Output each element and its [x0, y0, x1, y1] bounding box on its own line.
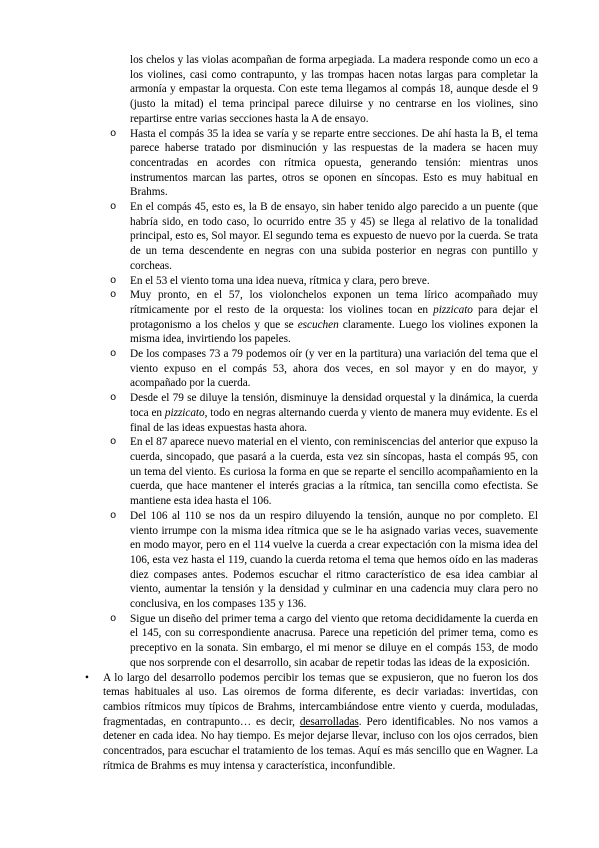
bullet-marker-icon: o — [110, 347, 116, 362]
bullet-marker-icon: o — [110, 612, 116, 627]
bullet-paragraph-compas-57: o Muy pronto, en el 57, los violonchelos… — [130, 288, 538, 347]
paragraph-text-underlined: desarrolladas — [300, 716, 359, 728]
bullet-marker-icon: o — [110, 391, 116, 406]
paragraph-text: Hasta el compás 35 la idea se varía y se… — [130, 128, 538, 199]
bullet-paragraph-compas-87: o En el 87 aparece nuevo material en el … — [130, 435, 538, 509]
bullet-marker-icon: o — [110, 288, 116, 303]
paragraph-text: En el 87 aparece nuevo material en el vi… — [130, 436, 538, 507]
bullet-marker-icon: o — [110, 127, 116, 142]
paragraph-text: En el compás 45, esto es, la B de ensayo… — [130, 201, 538, 272]
bullet-paragraph-compas-45: o En el compás 45, esto es, la B de ensa… — [130, 200, 538, 274]
bullet-marker-icon: o — [110, 509, 116, 524]
bullet-paragraph-compases-106-110: o Del 106 al 110 se nos da un respiro di… — [130, 509, 538, 612]
bullet-paragraph-compas-35: o Hasta el compás 35 la idea se varía y … — [130, 127, 538, 201]
paragraph-text-italic: escuchen — [298, 319, 339, 331]
bullet-marker-icon: o — [110, 200, 116, 215]
bullet-paragraph-desde-79: o Desde el 79 se diluye la tensión, dism… — [130, 391, 538, 435]
bullet-marker-icon: o — [110, 435, 116, 450]
paragraph-continuation: los chelos y las violas acompañan de for… — [130, 53, 538, 127]
document-body: los chelos y las violas acompañan de for… — [0, 53, 599, 773]
bullet-marker-icon: o — [110, 274, 116, 289]
paragraph-text-italic: pizzicato — [165, 407, 205, 419]
bullet-paragraph-compas-53: o En el 53 el viento toma una idea nueva… — [130, 274, 538, 289]
paragraph-text: En el 53 el viento toma una idea nueva, … — [130, 275, 430, 287]
paragraph-text-italic: pizzicato — [433, 304, 473, 316]
paragraph-text: De los compases 73 a 79 podemos oír (y v… — [130, 348, 538, 389]
bullet-paragraph-compases-73-79: o De los compases 73 a 79 podemos oír (y… — [130, 347, 538, 391]
bullet-marker-icon: • — [85, 671, 89, 686]
paragraph-text: los chelos y las violas acompañan de for… — [130, 54, 538, 125]
paragraph-text: Sigue un diseño del primer tema a cargo … — [130, 613, 538, 669]
paragraph-text: Del 106 al 110 se nos da un respiro dilu… — [130, 510, 538, 610]
bullet-paragraph-compas-145: o Sigue un diseño del primer tema a carg… — [130, 612, 538, 671]
document-page: los chelos y las violas acompañan de for… — [0, 0, 599, 848]
bullet-paragraph-desarrollo: • A lo largo del desarrollo podemos perc… — [103, 671, 538, 774]
